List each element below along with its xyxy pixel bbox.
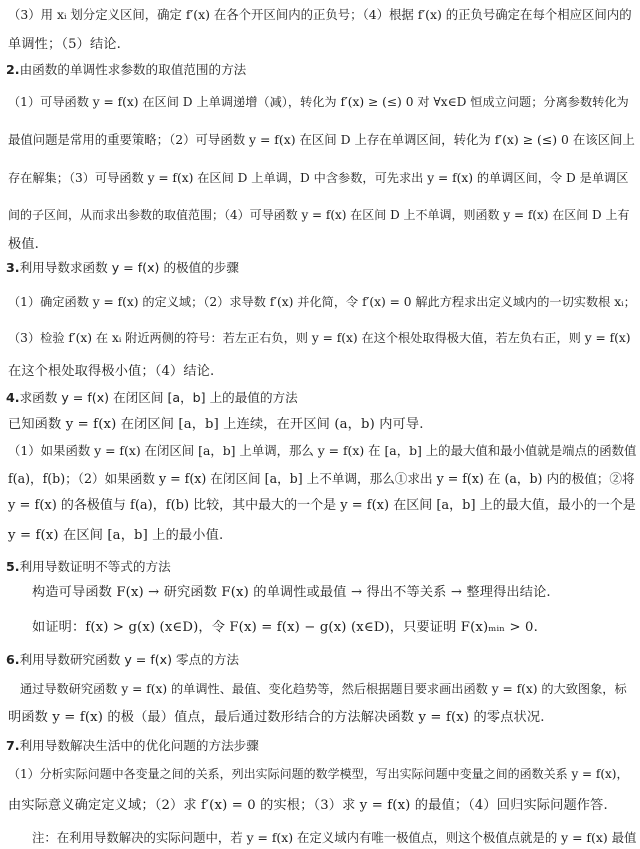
section-title: 由函数的单调性求参数的取值范围的方法 bbox=[20, 62, 247, 77]
paragraph-line: （3）用 xᵢ 划分定义区间，确定 f′(x) 在各个开区间内的正负号；（4）根… bbox=[8, 6, 636, 24]
section-title: 利用导数研究函数 y = f(x) 零点的方法 bbox=[20, 652, 239, 667]
section-number: 2. bbox=[6, 62, 20, 77]
paragraph-line: 构造可导函数 F(x) → 研究函数 F(x) 的单调性或最值 → 得出不等关系… bbox=[32, 584, 636, 602]
section-number: 3. bbox=[6, 260, 20, 275]
section-number: 4. bbox=[6, 390, 20, 405]
paragraph-line: （1）如果函数 y = f(x) 在闭区间 [a，b] 上单调，那么 y = f… bbox=[8, 442, 636, 460]
section-heading: 5.利用导数证明不等式的方法 bbox=[6, 558, 171, 576]
section-heading: 2.由函数的单调性求参数的取值范围的方法 bbox=[6, 61, 246, 79]
paragraph-line: y = f(x) 在区间 [a，b] 上的最小值. bbox=[8, 527, 636, 545]
paragraph-line: 通过导数研究函数 y = f(x) 的单调性、最值、变化趋势等，然后根据题目要求… bbox=[20, 680, 636, 698]
section-number: 5. bbox=[6, 559, 20, 574]
section-title: 利用导数求函数 y = f(x) 的极值的步骤 bbox=[20, 260, 239, 275]
paragraph-line: 最值问题是常用的重要策略；（2）可导函数 y = f(x) 在区间 D 上存在单… bbox=[8, 131, 636, 149]
section-heading: 7.利用导数解决生活中的优化问题的方法步骤 bbox=[6, 737, 259, 755]
section-heading: 6.利用导数研究函数 y = f(x) 零点的方法 bbox=[6, 651, 239, 669]
section-title: 利用导数证明不等式的方法 bbox=[20, 559, 171, 574]
section-number: 7. bbox=[6, 738, 20, 753]
paragraph-line: （1）确定函数 y = f(x) 的定义域；（2）求导数 f′(x) 并化简，令… bbox=[8, 293, 636, 311]
section-number: 6. bbox=[6, 652, 20, 667]
paragraph-line: （1）可导函数 y = f(x) 在区间 D 上单调递增（减），转化为 f′(x… bbox=[8, 93, 636, 111]
section-heading: 4.求函数 y = f(x) 在闭区间 [a，b] 上的最值的方法 bbox=[6, 389, 298, 407]
section-title: 利用导数解决生活中的优化问题的方法步骤 bbox=[20, 738, 259, 753]
paragraph-line: 极值. bbox=[8, 236, 636, 254]
paragraph-line: 单调性；（5）结论. bbox=[8, 36, 636, 54]
paragraph-line: f(a)，f(b)；（2）如果函数 y = f(x) 在闭区间 [a，b] 上不… bbox=[8, 470, 636, 488]
section-title: 求函数 y = f(x) 在闭区间 [a，b] 上的最值的方法 bbox=[20, 390, 298, 405]
paragraph-line: 如证明：f(x) > g(x) (x∈D)，令 F(x) = f(x) − g(… bbox=[32, 619, 636, 637]
paragraph-line: 存在解集；（3）可导函数 y = f(x) 在区间 D 上单调，D 中含参数，可… bbox=[8, 169, 636, 187]
paragraph-line: （3）检验 f′(x) 在 xᵢ 附近两侧的符号：若左正右负，则 y = f(x… bbox=[8, 329, 636, 347]
paragraph-line: y = f(x) 的各极值与 f(a)，f(b) 比较，其中最大的一个是 y =… bbox=[8, 497, 636, 515]
paragraph-line: 注：在利用导数解决的实际问题中，若 y = f(x) 在定义域内有唯一极值点，则… bbox=[32, 829, 636, 847]
paragraph-line: 已知函数 y = f(x) 在闭区间 [a，b] 上连续，在开区间 (a，b) … bbox=[8, 416, 636, 434]
paragraph-line: （1）分析实际问题中各变量之间的关系，列出实际问题的数学模型，写出实际问题中变量… bbox=[8, 765, 636, 783]
paragraph-line: 明函数 y = f(x) 的极（最）值点，最后通过数形结合的方法解决函数 y =… bbox=[8, 709, 636, 727]
section-heading: 3.利用导数求函数 y = f(x) 的极值的步骤 bbox=[6, 259, 239, 277]
paragraph-line: 由实际意义确定定义域；（2）求 f′(x) = 0 的实根；（3）求 y = f… bbox=[8, 797, 636, 815]
paragraph-line: 在这个根处取得极小值；（4）结论. bbox=[8, 363, 636, 381]
paragraph-line: 间的子区间，从而求出参数的取值范围；（4）可导函数 y = f(x) 在区间 D… bbox=[8, 206, 636, 224]
